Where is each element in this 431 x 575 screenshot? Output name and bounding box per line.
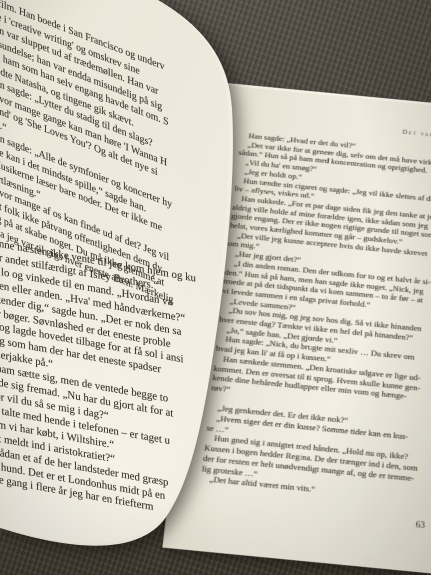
left-page: er film. Han boede i San Francisco og un…: [0, 0, 431, 575]
left-page-surface: er film. Han boede i San Francisco og un…: [0, 0, 427, 573]
text-line: rste gang i flere år jeg har en friefter…: [0, 472, 411, 561]
photo-open-book-on-fabric: Det var dengang Han sagde: „Hvad er det …: [0, 0, 431, 575]
text-line: åd hund. Det er et Londonhus midt på en: [0, 459, 411, 548]
